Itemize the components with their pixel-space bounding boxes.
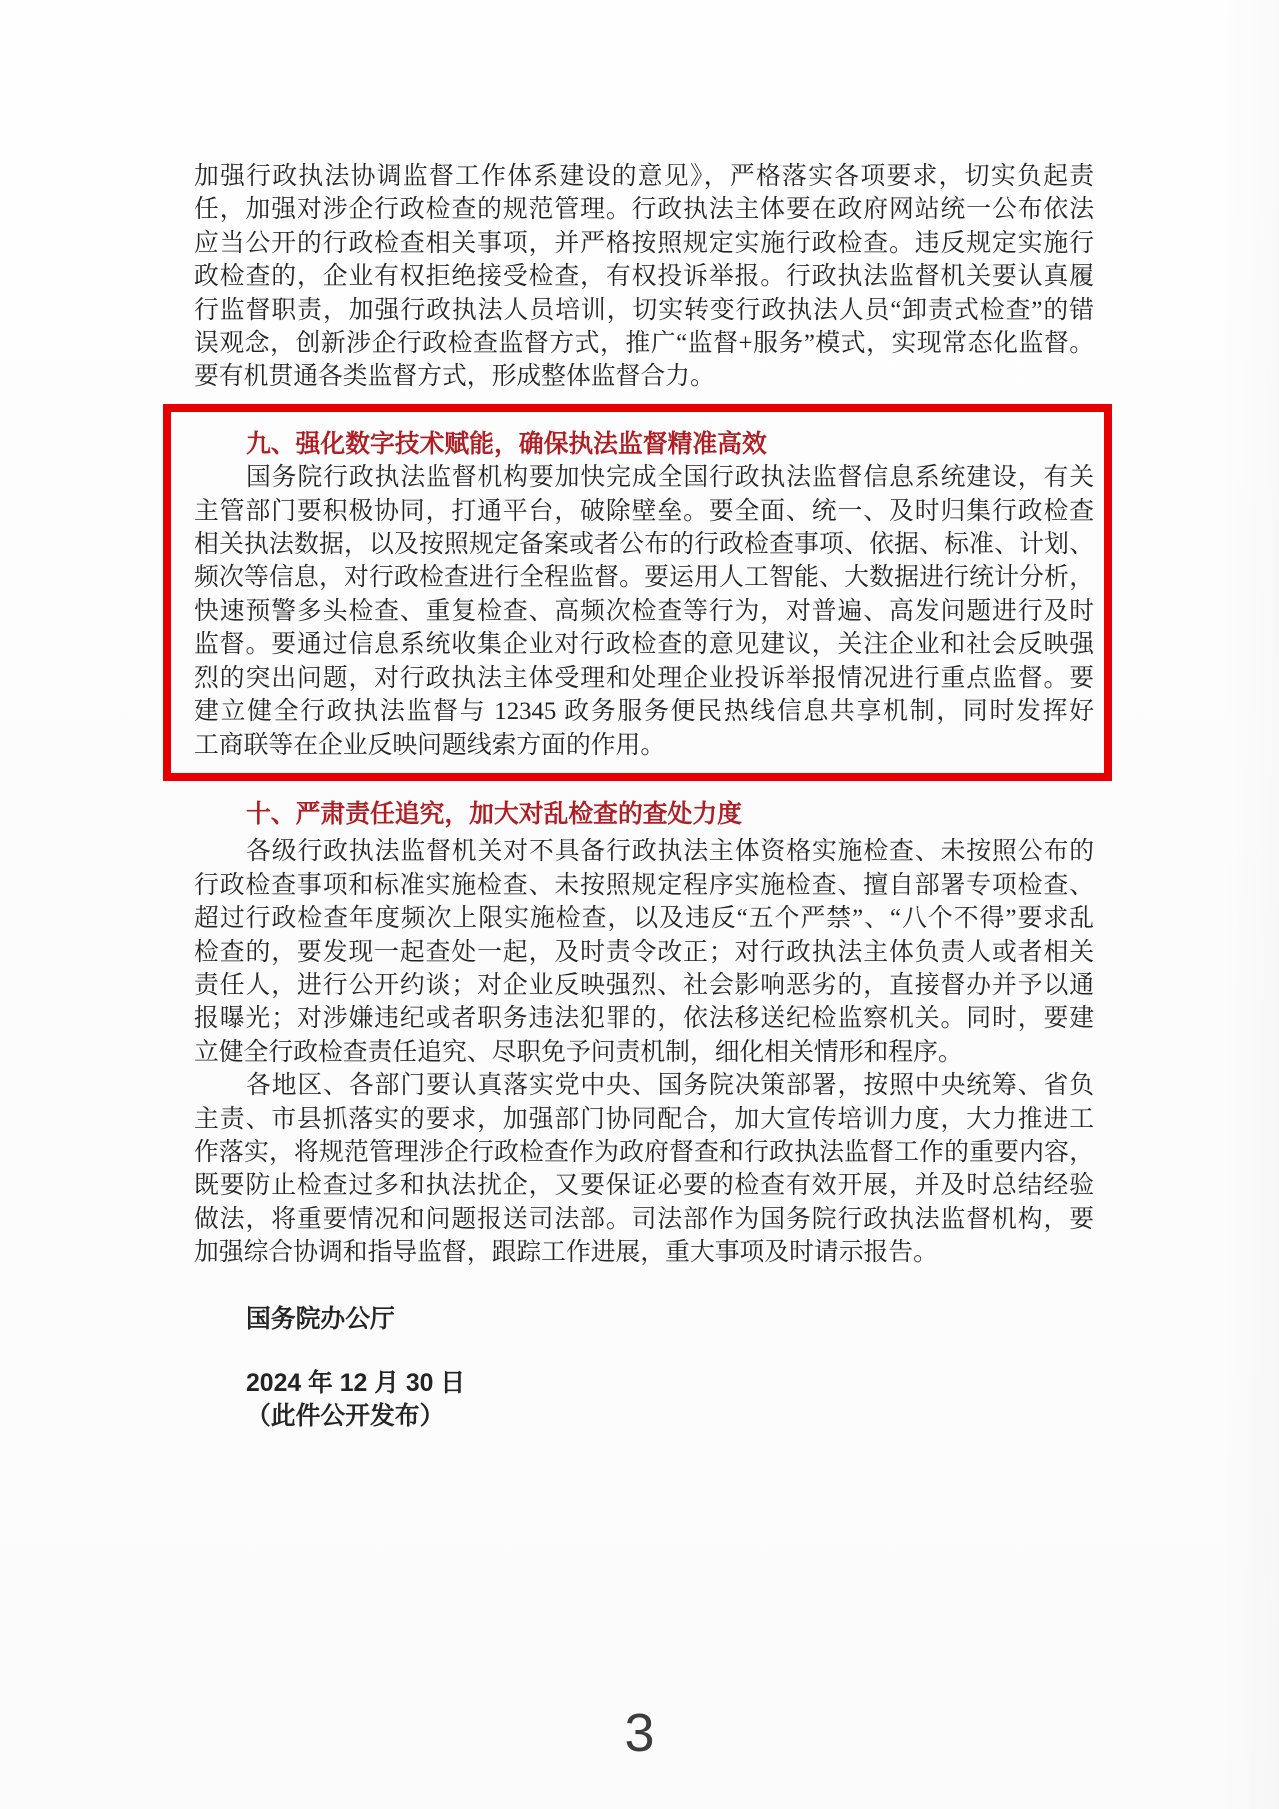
section-10-paragraph-2: 各地区、各部门要认真落实党中央、国务院决策部署，按照中央统筹、省负主责、市县抓落… [194,1069,1094,1269]
text-line: 责任人，进行公开约谈；对企业反映强烈、社会影响恶劣的，直接督办并予以通 [194,969,1094,1002]
document-content: 加强行政执法协调监督工作体系建设的意见》，严格落实各项要求，切实负起责任，加强对… [194,160,1094,1434]
page-number: 3 [0,1703,1279,1763]
section-10-paragraph-1: 各级行政执法监督机关对不具备行政执法主体资格实施检查、未按照公布的行政检查事项和… [194,835,1094,1069]
section-9-highlight-box: 九、强化数字技术赋能，确保执法监督精准高效国务院行政执法监督机构要加快完成全国行… [163,404,1112,781]
text-line: 行政检查事项和标准实施检查、未按照规定程序实施检查、擅自部署专项检查、 [194,869,1094,902]
text-line: 监督。要通过信息系统收集企业对行政检查的意见建议，关注企业和社会反映强 [194,628,1094,661]
text-line: 政检查的，企业有权拒绝接受检查，有权投诉举报。行政执法监督机关要认真履 [194,260,1094,293]
intro-paragraph: 加强行政执法协调监督工作体系建设的意见》，严格落实各项要求，切实负起责任，加强对… [194,160,1094,394]
text-line: 作落实，将规范管理涉企行政检查作为政府督查和行政执法监督工作的重要内容， [194,1136,1094,1169]
text-line: 加强行政执法协调监督工作体系建设的意见》，严格落实各项要求，切实负起责 [194,160,1094,193]
text-line: 应当公开的行政检查相关事项，并严格按照规定实施行政检查。违反规定实施行 [194,227,1094,260]
text-line: 快速预警多头检查、重复检查、高频次检查等行为，对普遍、高发问题进行及时 [194,595,1094,628]
text-line: 做法，将重要情况和问题报送司法部。司法部作为国务院行政执法监督机构，要 [194,1203,1094,1236]
text-line: 相关执法数据，以及按照规定备案或者公布的行政检查事项、依据、标准、计划、 [194,528,1094,561]
section-10-heading: 十、严肃责任追究，加大对乱检查的查处力度 [194,798,1094,831]
text-line: 主管部门要积极协同，打通平台，破除壁垒。要全面、统一、及时归集行政检查 [194,495,1094,528]
text-line: 超过行政检查年度频次上限实施检查，以及违反“五个严禁”、“八个不得”要求乱 [194,902,1094,935]
text-line: 误观念，创新涉企行政检查监督方式，推广“监督+服务”模式，实现常态化监督。 [194,327,1094,360]
document-page: 加强行政执法协调监督工作体系建设的意见》，严格落实各项要求，切实负起责任，加强对… [0,0,1279,1809]
section-9-paragraph: 国务院行政执法监督机构要加快完成全国行政执法监督信息系统建设，有关主管部门要积极… [194,461,1094,762]
text-line: 检查的，要发现一起查处一起，及时责令改正；对行政执法主体负责人或者相关 [194,936,1094,969]
text-line: 各地区、各部门要认真落实党中央、国务院决策部署，按照中央统筹、省负 [194,1069,1094,1102]
signature-note: （此件公开发布） [194,1400,1094,1433]
signature-issuer: 国务院办公厅 [194,1303,1094,1336]
text-line: 各级行政执法监督机关对不具备行政执法主体资格实施检查、未按照公布的 [194,835,1094,868]
section-9-heading: 九、强化数字技术赋能，确保执法监督精准高效 [194,428,1094,461]
text-line: 频次等信息，对行政检查进行全程监督。要运用人工智能、大数据进行统计分析， [194,561,1094,594]
text-line: 工商联等在企业反映问题线索方面的作用。 [194,729,1094,762]
text-line: 任，加强对涉企行政检查的规范管理。行政执法主体要在政府网站统一公布依法 [194,193,1094,226]
signature-date: 2024 年 12 月 30 日 [194,1367,1094,1400]
text-line: 主责、市县抓落实的要求，加强部门协同配合，加大宣传培训力度，大力推进工 [194,1103,1094,1136]
text-line: 要有机贯通各类监督方式，形成整体监督合力。 [194,360,1094,393]
text-line: 报曝光；对涉嫌违纪或者职务违法犯罪的，依法移送纪检监察机关。同时，要建 [194,1002,1094,1035]
text-line: 烈的突出问题，对行政执法主体受理和处理企业投诉举报情况进行重点监督。要 [194,662,1094,695]
text-line: 加强综合协调和指导监督，跟踪工作进展，重大事项及时请示报告。 [194,1236,1094,1269]
text-line: 国务院行政执法监督机构要加快完成全国行政执法监督信息系统建设，有关 [194,461,1094,494]
text-line: 立健全行政检查责任追究、尽职免予问责机制，细化相关情形和程序。 [194,1036,1094,1069]
text-line: 行监督职责，加强行政执法人员培训，切实转变行政执法人员“卸责式检查”的错 [194,294,1094,327]
text-line: 建立健全行政执法监督与 12345 政务服务便民热线信息共享机制，同时发挥好 [194,695,1094,728]
text-line: 既要防止检查过多和执法扰企，又要保证必要的检查有效开展，并及时总结经验 [194,1169,1094,1202]
